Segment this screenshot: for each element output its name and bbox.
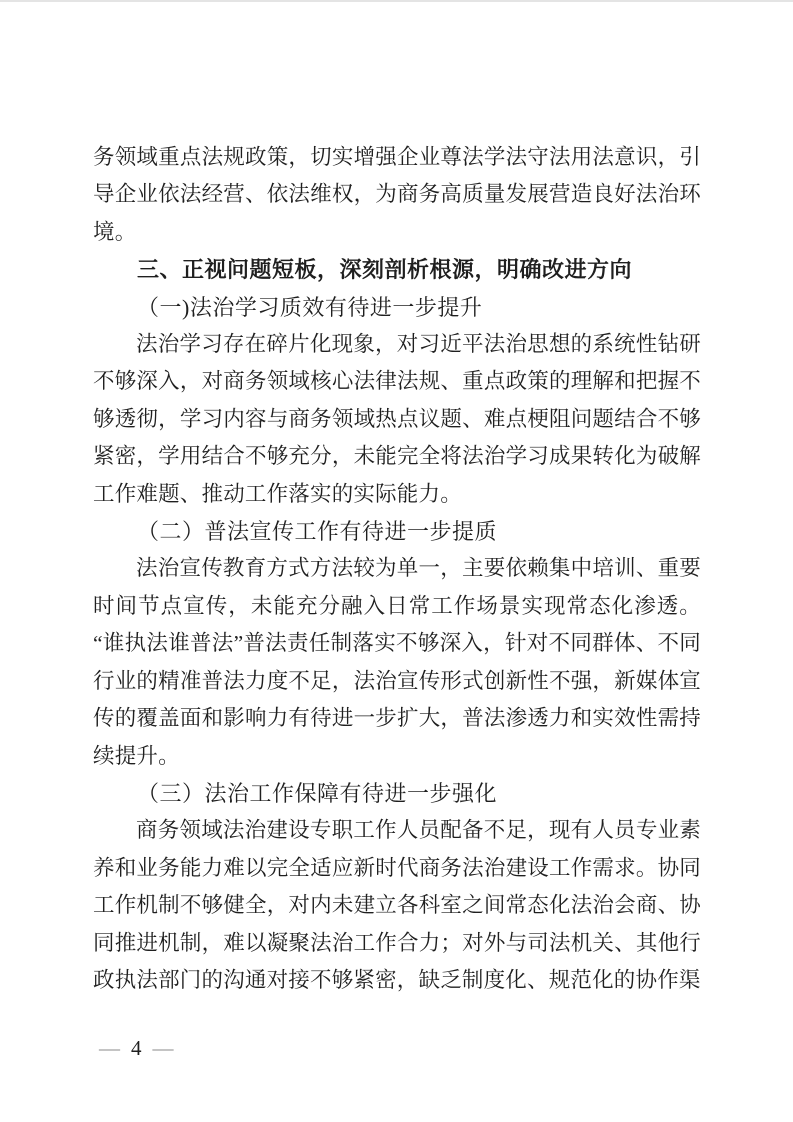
paragraph-subsection-3: 商务领域法治建设专职工作人员配备不足，现有人员专业素养和业务能力难以完全适应新时… xyxy=(93,812,701,999)
page-top-edge-line xyxy=(0,0,793,2)
subsection-heading-3: （三）法治工作保障有待进一步强化 xyxy=(93,775,701,812)
subsection-heading-2: （二）普法宣传工作有待进一步提质 xyxy=(93,513,701,550)
page-number-dash-left: — xyxy=(99,1036,120,1060)
page-number: 4 xyxy=(120,1036,153,1060)
document-page: 务领域重点法规政策，切实增强企业尊法学法守法用法意识，引导企业依法经营、依法维权… xyxy=(0,0,793,1122)
section-heading-three: 三、正视问题短板，深刻剖析根源，明确改进方向 xyxy=(93,251,701,288)
page-footer: —4— xyxy=(99,1035,174,1061)
page-number-dash-right: — xyxy=(153,1036,174,1060)
paragraph-subsection-2: 法治宣传教育方式方法较为单一，主要依赖集中培训、重要时间节点宣传，未能充分融入日… xyxy=(93,550,701,774)
paragraph-subsection-1: 法治学习存在碎片化现象，对习近平法治思想的系统性钻研不够深入，对商务领域核心法律… xyxy=(93,326,701,513)
document-content: 务领域重点法规政策，切实增强企业尊法学法守法用法意识，引导企业依法经营、依法维权… xyxy=(93,139,701,999)
paragraph-continuation: 务领域重点法规政策，切实增强企业尊法学法守法用法意识，引导企业依法经营、依法维权… xyxy=(93,139,701,251)
subsection-heading-1: （一)法治学习质效有待进一步提升 xyxy=(93,289,701,326)
